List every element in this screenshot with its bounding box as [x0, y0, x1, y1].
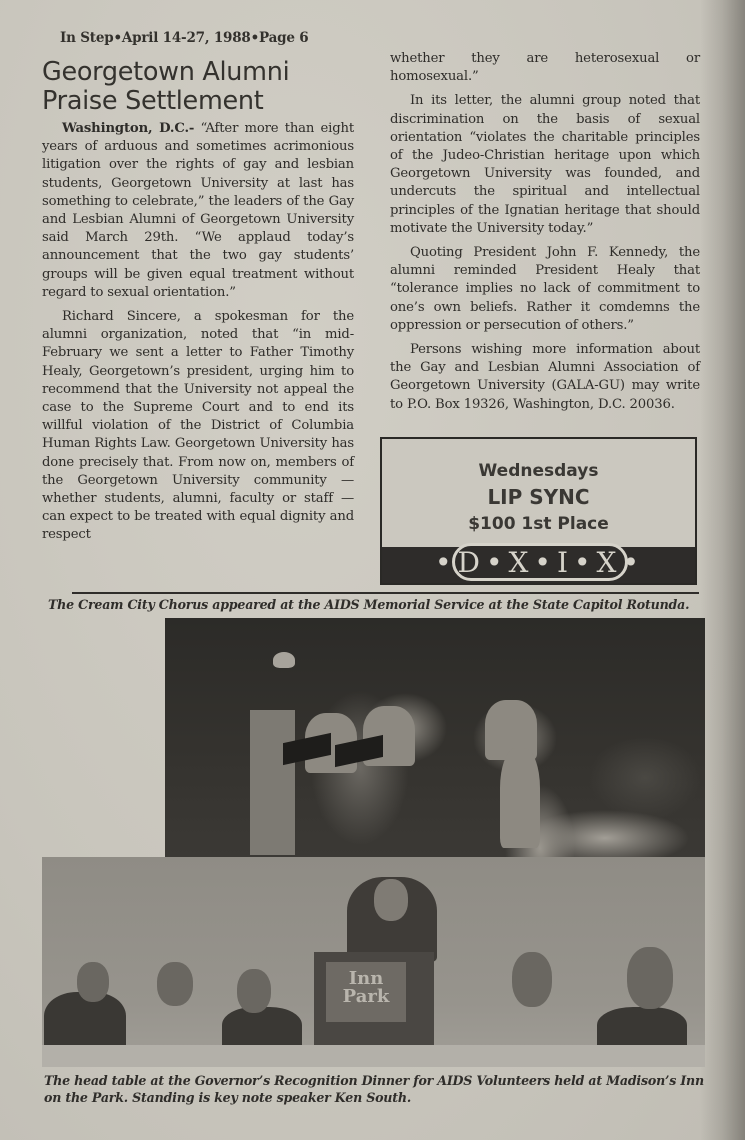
photo-detail-guest-head [512, 952, 552, 1007]
page-folio: In Step•April 14-27, 1988•Page 6 [60, 30, 309, 46]
dinner-photo-caption: The head table at the Governor’s Recogni… [44, 1072, 714, 1106]
bar-logo: •D•X•I•X• [452, 543, 628, 581]
article-column-right: whether they are heterosexual or homosex… [390, 50, 700, 420]
section-divider [72, 592, 699, 594]
article-paragraph: Richard Sincere, a spokesman for the alu… [42, 308, 354, 545]
photo-detail-singer [500, 748, 540, 848]
photo-detail-hat [273, 652, 295, 668]
photo-detail-podium [250, 710, 295, 855]
ad-day: Wednesdays [382, 459, 695, 483]
photo-detail-head-table [42, 1045, 705, 1067]
photo-detail-lectern: Inn Park [314, 952, 434, 1052]
article-column-left: Washington, D.C.- “After more than eight… [42, 120, 354, 551]
article-paragraph: In its letter, the alumni group noted th… [390, 92, 700, 238]
photo-detail-guest-head [157, 962, 193, 1006]
chorus-photo-caption: The Cream City Chorus appeared at the AI… [48, 596, 708, 613]
ad-prize: $100 1st Place [382, 511, 695, 537]
article-paragraph: Persons wishing more information about t… [390, 341, 700, 414]
article-paragraph: whether they are heterosexual or homosex… [390, 50, 700, 86]
chorus-photo [165, 618, 705, 857]
dinner-photo: Inn Park [42, 857, 705, 1067]
article-paragraph: Washington, D.C.- “After more than eight… [42, 120, 354, 302]
photo-detail-guest-head [627, 947, 673, 1009]
photo-detail-guest-head [237, 969, 271, 1013]
ad-text: Wednesdays LIP SYNC $100 1st Place [382, 459, 695, 537]
ad-event: LIP SYNC [382, 483, 695, 511]
advertisement-box: Wednesdays LIP SYNC $100 1st Place •D•X•… [380, 437, 697, 585]
photo-detail-guest-head [77, 962, 109, 1002]
photo-detail-speaker-head [374, 879, 408, 921]
ad-logo-band: •D•X•I•X• [382, 547, 695, 583]
photo-detail-guest [44, 992, 126, 1052]
article-headline: Georgetown Alumni Praise Settlement [42, 58, 362, 116]
article-paragraph: Quoting President John F. Kennedy, the a… [390, 244, 700, 335]
dateline: Washington, D.C.- [62, 121, 194, 136]
lectern-sign: Inn Park [326, 962, 406, 1022]
